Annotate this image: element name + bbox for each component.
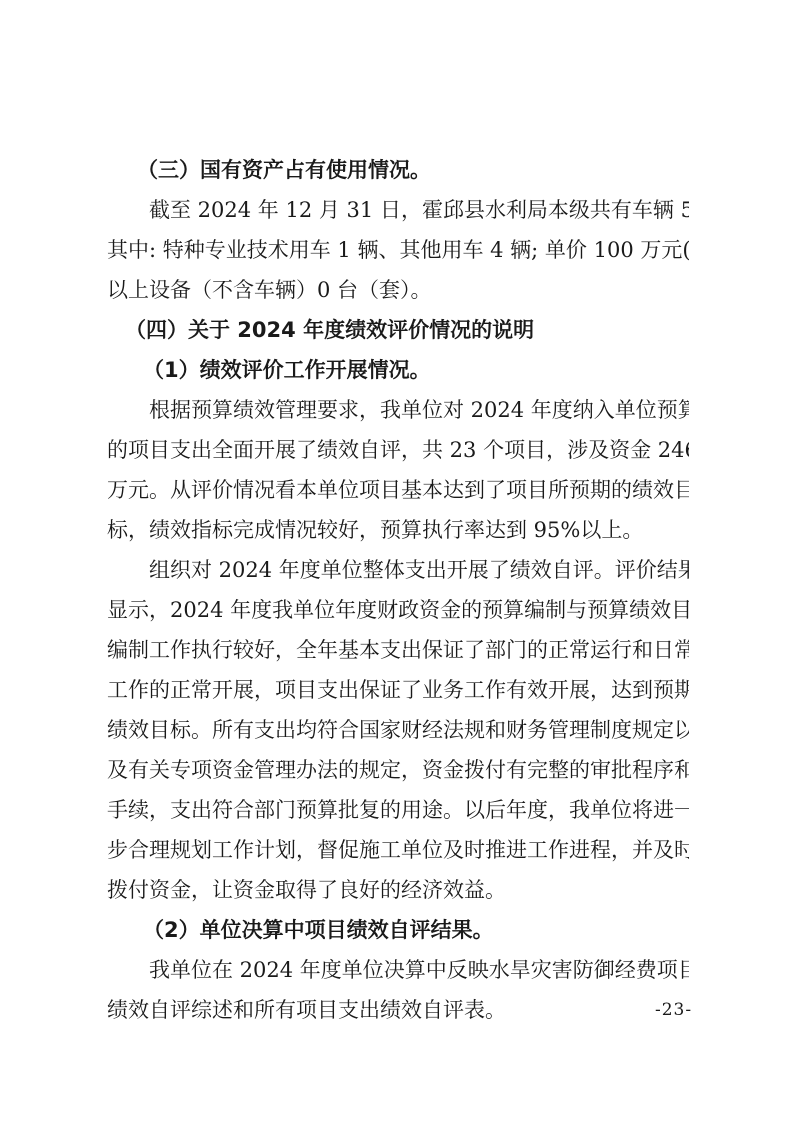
paragraph-line: 的项目支出全面开展了绩效自评，共 23 个项目，涉及资金 2466.58	[107, 430, 689, 470]
paragraph-line: 截至 2024 年 12 月 31 日，霍邱县水利局本级共有车辆 5 辆，	[107, 190, 689, 230]
paragraph-line: 拨付资金，让资金取得了良好的经济效益。	[107, 870, 689, 910]
subsection-heading-2: （2）单位决算中项目绩效自评结果。	[107, 910, 689, 950]
document-page: （三）国有资产占有使用情况。 截至 2024 年 12 月 31 日，霍邱县水利…	[107, 150, 689, 1030]
page-number: -23-	[655, 1000, 692, 1020]
subsection-heading-1: （1）绩效评价工作开展情况。	[107, 350, 689, 390]
paragraph-line: 编制工作执行较好，全年基本支出保证了部门的正常运行和日常	[107, 630, 689, 670]
paragraph-line: 绩效目标。所有支出均符合国家财经法规和财务管理制度规定以	[107, 710, 689, 750]
paragraph-line: 其中: 特种专业技术用车 1 辆、其他用车 4 辆; 单价 100 万元(含)	[107, 230, 689, 270]
paragraph-line: 手续，支出符合部门预算批复的用途。以后年度，我单位将进一	[107, 790, 689, 830]
section-heading-3: （三）国有资产占有使用情况。	[107, 150, 689, 190]
paragraph-line: 以上设备（不含车辆）0 台（套）。	[107, 270, 689, 310]
paragraph-line: 万元。从评价情况看本单位项目基本达到了项目所预期的绩效目	[107, 470, 689, 510]
paragraph-line: 根据预算绩效管理要求，我单位对 2024 年度纳入单位预算	[107, 390, 689, 430]
paragraph-line: 步合理规划工作计划，督促施工单位及时推进工作进程，并及时	[107, 830, 689, 870]
paragraph-line: 标，绩效指标完成情况较好，预算执行率达到 95%以上。	[107, 510, 689, 550]
paragraph-line: 绩效自评综述和所有项目支出绩效自评表。	[107, 990, 689, 1030]
paragraph-line: 组织对 2024 年度单位整体支出开展了绩效自评。评价结果	[107, 550, 689, 590]
paragraph-line: 我单位在 2024 年度单位决算中反映水旱灾害防御经费项目	[107, 950, 689, 990]
paragraph-line: 及有关专项资金管理办法的规定，资金拨付有完整的审批程序和	[107, 750, 689, 790]
paragraph-line: 工作的正常开展，项目支出保证了业务工作有效开展，达到预期	[107, 670, 689, 710]
section-heading-4: （四）关于 2024 年度绩效评价情况的说明	[107, 310, 689, 350]
paragraph-line: 显示，2024 年度我单位年度财政资金的预算编制与预算绩效目标	[107, 590, 689, 630]
